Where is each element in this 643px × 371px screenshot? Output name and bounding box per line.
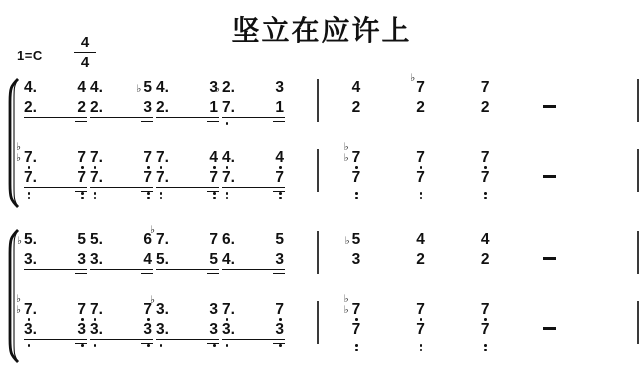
note-top: ♭5 — [352, 232, 361, 248]
note-bot: 2 — [352, 100, 361, 116]
note-bot: 7 — [416, 170, 425, 186]
beamed-pair: 5.3.64 — [90, 232, 152, 274]
note-chord: 42 — [481, 232, 490, 274]
beamed-pair: 7.7.77 — [90, 150, 152, 199]
note-chord: 4.2. — [156, 80, 169, 122]
beamed-pair: ♭2.7.31 — [222, 80, 284, 125]
note-top: 7 — [416, 150, 425, 166]
note-bot: 3. — [90, 322, 103, 338]
flat-icon: ♭ — [344, 153, 349, 163]
note-bot: 3 — [275, 322, 284, 338]
note-bot: 2. — [24, 100, 37, 116]
note-bot: 3. — [156, 322, 169, 338]
note-top: 4 — [416, 232, 425, 248]
staff-line-bass-1: ♭♭7.7.777.7.777.7.474.7.47♭♭777777 — [0, 150, 643, 212]
staff-line-treble-2: ♭5.3.535.3.64♭7.5.756.4.53♭534242 — [0, 232, 643, 294]
beamed-pair: ♭7.5.75 — [156, 232, 218, 274]
note-top: 7 — [481, 302, 490, 318]
beam-line — [156, 269, 219, 270]
beamed-pair: 4.2.42 — [24, 80, 86, 122]
note-top: 7 — [481, 80, 490, 96]
note-top: ♭♭7. — [24, 302, 37, 318]
low-octave-dot — [94, 197, 97, 200]
sixteenth-beam-line — [207, 191, 219, 192]
flat-icon: ♭ — [344, 142, 349, 152]
sixteenth-beam-line — [207, 343, 219, 344]
low-octave-dot — [355, 197, 358, 200]
note-top: 4 — [77, 80, 86, 96]
octave-dots — [420, 192, 423, 199]
time-signature-numerator: 4 — [74, 33, 96, 52]
beam-line — [24, 269, 87, 270]
note-bot: 1 — [275, 100, 284, 116]
octave-dots — [213, 344, 216, 347]
note-bot: 3 — [143, 100, 152, 116]
sixteenth-beam-line — [75, 273, 87, 274]
octave-dots — [28, 192, 31, 199]
note-top: ♭♭7. — [24, 150, 37, 166]
beamed-pair: ♭♭7.7.77 — [24, 150, 86, 199]
note-chord: 64 — [143, 232, 152, 274]
note-top: 4 — [209, 150, 218, 166]
low-octave-dot — [279, 344, 282, 347]
note-top: 4 — [275, 150, 284, 166]
low-octave-dot — [484, 197, 487, 200]
barline — [637, 301, 639, 344]
beamed-pair: 4.2.♭53 — [90, 80, 152, 122]
sixteenth-beam-line — [141, 273, 153, 274]
low-octave-dot — [94, 344, 97, 347]
flat-icon: ♭ — [17, 236, 22, 246]
note-top: 5 — [77, 232, 86, 248]
flat-icon: ♭ — [16, 294, 21, 304]
note-top: 3 — [209, 302, 218, 318]
low-octave-dot — [484, 192, 487, 195]
note-top: ♭7. — [156, 232, 169, 248]
note-chord: 77 — [416, 302, 425, 351]
note-top: ♭♭7 — [352, 150, 361, 166]
note-top: 4. — [222, 150, 235, 166]
note-top: 7. — [90, 302, 103, 318]
note-bot: 7 — [481, 170, 490, 186]
note-bot: 3. — [24, 322, 37, 338]
note-chord: 77 — [481, 302, 490, 351]
note-chord: 4.7. — [222, 150, 235, 199]
octave-dots — [226, 122, 229, 125]
note-chord: ♭5.3. — [24, 232, 37, 274]
note-chord: 6.4. — [222, 232, 235, 274]
note-bot: 3 — [275, 252, 284, 268]
note-bot: 2. — [90, 100, 103, 116]
octave-dots — [355, 192, 358, 199]
beamed-pair: ♭3.3.33 — [156, 302, 218, 347]
beam-line — [222, 187, 285, 188]
octave-dots — [81, 192, 84, 199]
sixteenth-beam-line — [141, 121, 153, 122]
note-chord: 42 — [352, 80, 361, 122]
flat-icon: ♭ — [345, 236, 350, 246]
sixteenth-beam-line — [75, 343, 87, 344]
note-chord: 77 — [77, 150, 86, 199]
note-chord: 72 — [481, 80, 490, 122]
beam-line — [222, 269, 285, 270]
note-bot: 7 — [275, 170, 284, 186]
note-chord: ♭53 — [143, 80, 152, 122]
note-top: 7 — [275, 302, 284, 318]
note-bot: 2 — [416, 252, 425, 268]
note-chord: 4.2. — [90, 80, 103, 122]
note-top: 4. — [90, 80, 103, 96]
note-bot: 7 — [416, 322, 425, 338]
note-chord: ♭53 — [352, 232, 361, 274]
note-bot: 5 — [209, 252, 218, 268]
note-bot: 7 — [352, 170, 361, 186]
note-chord: 77 — [481, 150, 490, 199]
note-chord: 53 — [275, 232, 284, 274]
low-octave-dot — [420, 192, 423, 195]
beam-line — [90, 269, 153, 270]
beamed-pair: 7.3.73 — [90, 302, 152, 347]
time-signature-denominator: 4 — [74, 52, 96, 72]
note-top: 7. — [156, 150, 169, 166]
note-top: 7. — [90, 150, 103, 166]
note-bot: 7 — [77, 170, 86, 186]
low-octave-dot — [484, 344, 487, 347]
note-chord: 42 — [416, 232, 425, 274]
note-bot: 7 — [352, 322, 361, 338]
note-top: ♭5. — [24, 232, 37, 248]
song-title: 坚立在应许上 — [0, 9, 643, 49]
note-bot: 7. — [222, 170, 235, 186]
note-bot: 5. — [156, 252, 169, 268]
beam-line — [156, 339, 219, 340]
low-octave-dot — [147, 344, 150, 347]
beam-line — [156, 187, 219, 188]
note-bot: 1 — [209, 100, 218, 116]
note-chord: 47 — [209, 150, 218, 199]
sheet-music-page: 坚立在应许上 1=C 4 4 4.2.424.2.♭534.2.31♭2.7.3… — [0, 0, 643, 371]
note-bot: 3. — [222, 322, 235, 338]
sixteenth-beam-line — [207, 273, 219, 274]
note-top: 7 — [77, 302, 86, 318]
note-top: 7 — [416, 302, 425, 318]
note-chord: 47 — [275, 150, 284, 199]
note-chord: ♭♭77 — [352, 302, 361, 351]
note-chord: 4.2. — [24, 80, 37, 122]
note-bot: 2 — [416, 100, 425, 116]
sixteenth-beam-line — [273, 273, 285, 274]
staff-line-treble-1: 4.2.424.2.♭534.2.31♭2.7.3142♭7272 — [0, 80, 643, 142]
note-bot: 7. — [90, 170, 103, 186]
note-chord: ♭♭77 — [352, 150, 361, 199]
low-octave-dot — [28, 192, 31, 195]
sixteenth-beam-line — [141, 191, 153, 192]
octave-dots — [147, 192, 150, 199]
note-chord: 77 — [143, 150, 152, 199]
low-octave-dot — [226, 344, 229, 347]
note-top: ♭♭7 — [352, 302, 361, 318]
half-note-dash — [543, 175, 556, 178]
note-top: 4 — [352, 80, 361, 96]
barline — [637, 149, 639, 192]
low-octave-dot — [279, 192, 282, 195]
note-bot: 7. — [24, 170, 37, 186]
low-octave-dot — [147, 192, 150, 195]
beam-line — [222, 339, 285, 340]
octave-dots — [147, 344, 150, 347]
low-octave-dot — [355, 192, 358, 195]
note-top: ♭7 — [416, 80, 425, 96]
octave-dots — [484, 192, 487, 199]
beamed-pair: 7.7.47 — [156, 150, 218, 199]
barline — [317, 231, 319, 274]
low-octave-dot — [420, 344, 423, 347]
octave-dots — [420, 344, 423, 351]
low-octave-dot — [147, 197, 150, 200]
note-top: 7. — [222, 302, 235, 318]
low-octave-dot — [81, 197, 84, 200]
low-octave-dot — [160, 192, 163, 195]
low-octave-dot — [355, 344, 358, 347]
low-octave-dot — [160, 344, 163, 347]
beam-line — [24, 117, 87, 118]
octave-dots — [160, 192, 163, 199]
note-chord: 7.7. — [90, 150, 103, 199]
note-bot: 4. — [222, 252, 235, 268]
note-top: 7 — [481, 150, 490, 166]
half-note-dash — [543, 105, 556, 108]
note-bot: 7 — [481, 322, 490, 338]
octave-dots — [28, 344, 31, 347]
low-octave-dot — [279, 197, 282, 200]
note-bot: 3 — [143, 322, 152, 338]
note-top: ♭5 — [143, 80, 152, 96]
beam-line — [156, 117, 219, 118]
note-bot: 4 — [143, 252, 152, 268]
low-octave-dot — [213, 192, 216, 195]
beam-line — [90, 339, 153, 340]
low-octave-dot — [226, 197, 229, 200]
note-bot: 3 — [209, 322, 218, 338]
sixteenth-beam-line — [141, 343, 153, 344]
note-bot: 7. — [156, 170, 169, 186]
note-chord: ♭7.5. — [156, 232, 169, 274]
beamed-pair: 7.3.73 — [222, 302, 284, 347]
flat-icon: ♭ — [344, 294, 349, 304]
note-chord: 5.3. — [90, 232, 103, 274]
low-octave-dot — [81, 192, 84, 195]
note-bot: 3 — [77, 322, 86, 338]
sixteenth-beam-line — [75, 191, 87, 192]
half-note-dash — [543, 327, 556, 330]
barline — [637, 79, 639, 122]
note-top: 5 — [275, 232, 284, 248]
low-octave-dot — [355, 349, 358, 352]
sixteenth-beam-line — [75, 121, 87, 122]
flat-icon: ♭ — [16, 142, 21, 152]
note-bot: 2 — [481, 252, 490, 268]
barline — [317, 149, 319, 192]
low-octave-dot — [420, 197, 423, 200]
note-bot: 7. — [222, 100, 235, 116]
beam-line — [24, 187, 87, 188]
barline — [317, 301, 319, 344]
low-octave-dot — [94, 192, 97, 195]
low-octave-dot — [28, 344, 31, 347]
half-note-dash — [543, 257, 556, 260]
beamed-pair: 6.4.53 — [222, 232, 284, 274]
low-octave-dot — [213, 344, 216, 347]
note-bot: 3 — [352, 252, 361, 268]
beamed-pair: ♭♭7.3.73 — [24, 302, 86, 347]
note-top: ♭3. — [156, 302, 169, 318]
note-chord: ♭♭7.7. — [24, 150, 37, 199]
low-octave-dot — [160, 197, 163, 200]
octave-dots — [226, 344, 229, 347]
octave-dots — [81, 344, 84, 347]
note-top: 4 — [481, 232, 490, 248]
beam-line — [90, 117, 153, 118]
sixteenth-beam-line — [273, 343, 285, 344]
note-top: 3 — [275, 80, 284, 96]
note-top: 5. — [90, 232, 103, 248]
note-bot: 2. — [156, 100, 169, 116]
note-bot: 2 — [481, 100, 490, 116]
flat-icon: ♭ — [344, 305, 349, 315]
low-octave-dot — [81, 344, 84, 347]
note-chord: 53 — [77, 232, 86, 274]
octave-dots — [226, 192, 229, 199]
note-chord: ♭72 — [416, 80, 425, 122]
note-top: 7 — [77, 150, 86, 166]
note-top: 6. — [222, 232, 235, 248]
octave-dots — [279, 192, 282, 199]
flat-icon: ♭ — [150, 225, 155, 235]
octave-dots — [279, 344, 282, 347]
octave-dots — [355, 344, 358, 351]
octave-dots — [160, 344, 163, 347]
octave-dots — [484, 344, 487, 351]
sixteenth-beam-line — [273, 121, 285, 122]
sixteenth-beam-line — [207, 121, 219, 122]
beam-line — [90, 187, 153, 188]
low-octave-dot — [420, 349, 423, 352]
flat-icon: ♭ — [16, 153, 21, 163]
flat-icon: ♭ — [215, 84, 220, 94]
note-chord: 77 — [416, 150, 425, 199]
note-bot: 3 — [77, 252, 86, 268]
note-bot: 3. — [90, 252, 103, 268]
sixteenth-beam-line — [273, 191, 285, 192]
barline — [317, 79, 319, 122]
octave-dots — [213, 192, 216, 199]
beam-line — [222, 117, 285, 118]
flat-icon: ♭ — [410, 73, 415, 83]
note-chord: 42 — [77, 80, 86, 122]
beamed-pair: ♭5.3.53 — [24, 232, 86, 274]
note-top: ♭2. — [222, 80, 235, 96]
flat-icon: ♭ — [16, 305, 21, 315]
note-top: 7 — [209, 232, 218, 248]
low-octave-dot — [484, 349, 487, 352]
low-octave-dot — [213, 197, 216, 200]
barline — [637, 231, 639, 274]
key-signature: 1=C — [17, 48, 43, 63]
note-chord: 7.7. — [156, 150, 169, 199]
note-bot: 3. — [24, 252, 37, 268]
low-octave-dot — [28, 197, 31, 200]
octave-dots — [94, 344, 97, 347]
time-signature: 4 4 — [74, 33, 96, 72]
low-octave-dot — [226, 192, 229, 195]
note-chord: 75 — [209, 232, 218, 274]
flat-icon: ♭ — [136, 84, 141, 94]
beam-line — [24, 339, 87, 340]
low-octave-dot — [226, 122, 229, 125]
note-bot: 2 — [77, 100, 86, 116]
octave-dots — [94, 192, 97, 199]
note-top: 7 — [143, 150, 152, 166]
note-bot: 7 — [209, 170, 218, 186]
beamed-pair: 4.7.47 — [222, 150, 284, 199]
staff-line-bass-2: ♭♭7.3.737.3.73♭3.3.337.3.73♭♭777777 — [0, 302, 643, 364]
note-top: 4. — [24, 80, 37, 96]
note-bot: 7 — [143, 170, 152, 186]
beamed-pair: 4.2.31 — [156, 80, 218, 122]
flat-icon: ♭ — [150, 295, 155, 305]
note-top: 4. — [156, 80, 169, 96]
